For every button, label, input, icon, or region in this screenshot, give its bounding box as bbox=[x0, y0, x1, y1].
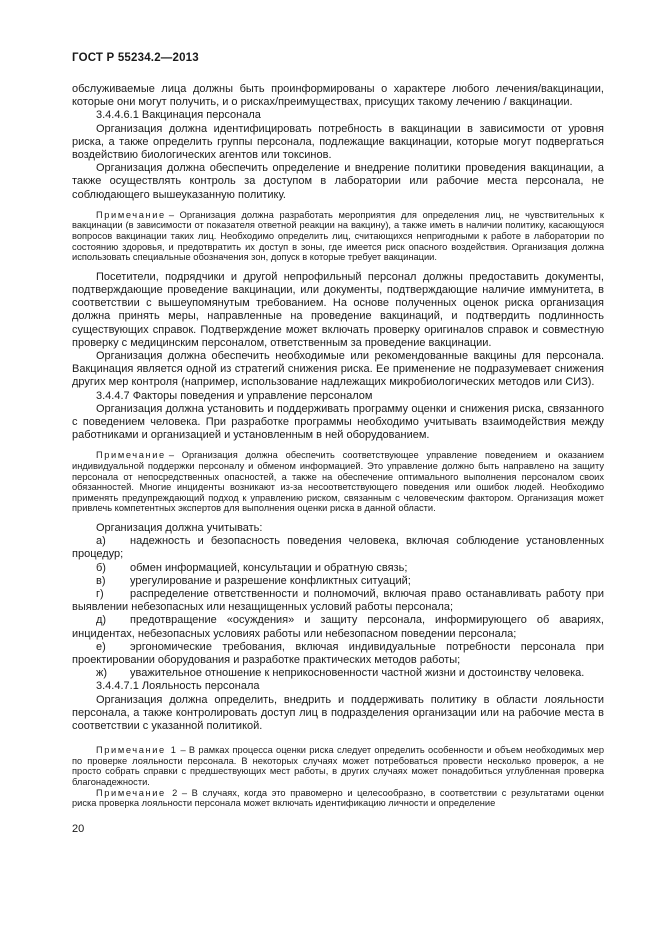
paragraph-behaviour-program: Организация должна установить и поддержи… bbox=[72, 403, 604, 443]
list-item-text: обмен информацией, консультации и обратн… bbox=[130, 562, 407, 574]
note-loyalty-1: Примечание 1– В рамках процесса оценки р… bbox=[72, 745, 604, 787]
note-label: Примечание bbox=[96, 450, 166, 460]
page-number: 20 bbox=[72, 823, 604, 835]
note-label: Примечание 1 bbox=[96, 745, 177, 755]
paragraph-loyalty-policy: Организация должна определить, внедрить … bbox=[72, 694, 604, 734]
section-heading-3-4-4-7-1: 3.4.4.7.1 Лояльность персонала bbox=[72, 680, 604, 693]
paragraph-visitors-documents: Посетители, подрядчики и другой непрофил… bbox=[72, 271, 604, 350]
list-item-text: урегулирование и разрешение конфликтных … bbox=[130, 575, 411, 587]
paragraph-vaccination-policy: Организация должна обеспечить определени… bbox=[72, 162, 604, 202]
list-item-marker: а) bbox=[96, 535, 130, 548]
page-header: ГОСТ Р 55234.2—2013 bbox=[72, 52, 604, 64]
note-vaccination: Примечание– Организация должна разработа… bbox=[72, 210, 604, 263]
list-item-text: эргономические требования, включая индив… bbox=[72, 641, 604, 666]
list-item-zh: ж)уважительное отношение к неприкосновен… bbox=[72, 667, 604, 680]
note-label: Примечание 2 bbox=[96, 788, 179, 798]
list-item-g: г)распределение ответственности и полном… bbox=[72, 588, 604, 614]
list-item-a: а)надежность и безопасность поведения че… bbox=[72, 535, 604, 561]
section-heading-3-4-4-7: 3.4.4.7 Факторы поведения и управление п… bbox=[72, 390, 604, 403]
document-page: ГОСТ Р 55234.2—2013 обслуживаемые лица д… bbox=[0, 0, 661, 935]
note-loyalty-2: Примечание 2– В случаях, когда это право… bbox=[72, 788, 604, 809]
list-item-text: распределение ответственности и полномоч… bbox=[72, 588, 604, 613]
list-item-text: надежность и безопасность поведения чело… bbox=[72, 535, 604, 560]
list-item-d: д)предотвращение «осуждения» и защиту пе… bbox=[72, 614, 604, 640]
paragraph-continuation: обслуживаемые лица должны быть проинформ… bbox=[72, 83, 604, 109]
list-item-text: предотвращение «осуждения» и защиту перс… bbox=[72, 614, 604, 639]
section-heading-3-4-4-6-1: 3.4.4.6.1 Вакцинация персонала bbox=[72, 109, 604, 122]
list-item-text: уважительное отношение к неприкосновенно… bbox=[130, 667, 584, 679]
paragraph-identify-need: Организация должна идентифицировать потр… bbox=[72, 123, 604, 163]
list-item-marker: ж) bbox=[96, 667, 130, 680]
list-item-marker: в) bbox=[96, 575, 130, 588]
paragraph-provide-vaccines: Организация должна обеспечить необходимы… bbox=[72, 350, 604, 390]
list-item-marker: б) bbox=[96, 562, 130, 575]
list-item-marker: д) bbox=[96, 614, 130, 627]
list-item-b: б)обмен информацией, консультации и обра… bbox=[72, 562, 604, 575]
list-item-e: е)эргономические требования, включая инд… bbox=[72, 641, 604, 667]
list-item-marker: г) bbox=[96, 588, 130, 601]
note-behaviour: Примечание– Организация должна обеспечит… bbox=[72, 450, 604, 514]
list-item-marker: е) bbox=[96, 641, 130, 654]
list-item-v: в)урегулирование и разрешение конфликтны… bbox=[72, 575, 604, 588]
note-label: Примечание bbox=[96, 210, 166, 220]
paragraph-must-consider: Организация должна учитывать: bbox=[72, 522, 604, 535]
